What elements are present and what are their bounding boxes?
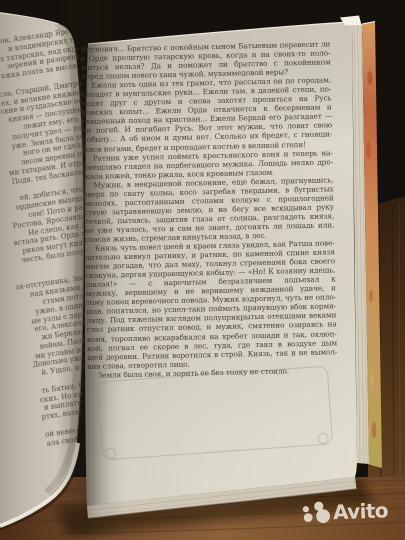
left-page-text: он, Александр Ярослаи владимирских тысх … [0,10,86,532]
avito-wordmark: Avito [333,500,389,522]
avito-watermark: Avito [293,496,389,527]
avito-logo-icon [293,498,332,527]
book-photo: он, Александр Ярослаи владимирских тысх … [0,0,405,540]
right-page-text: Ярунович... Братство с покойным сыном Ба… [80,39,338,379]
